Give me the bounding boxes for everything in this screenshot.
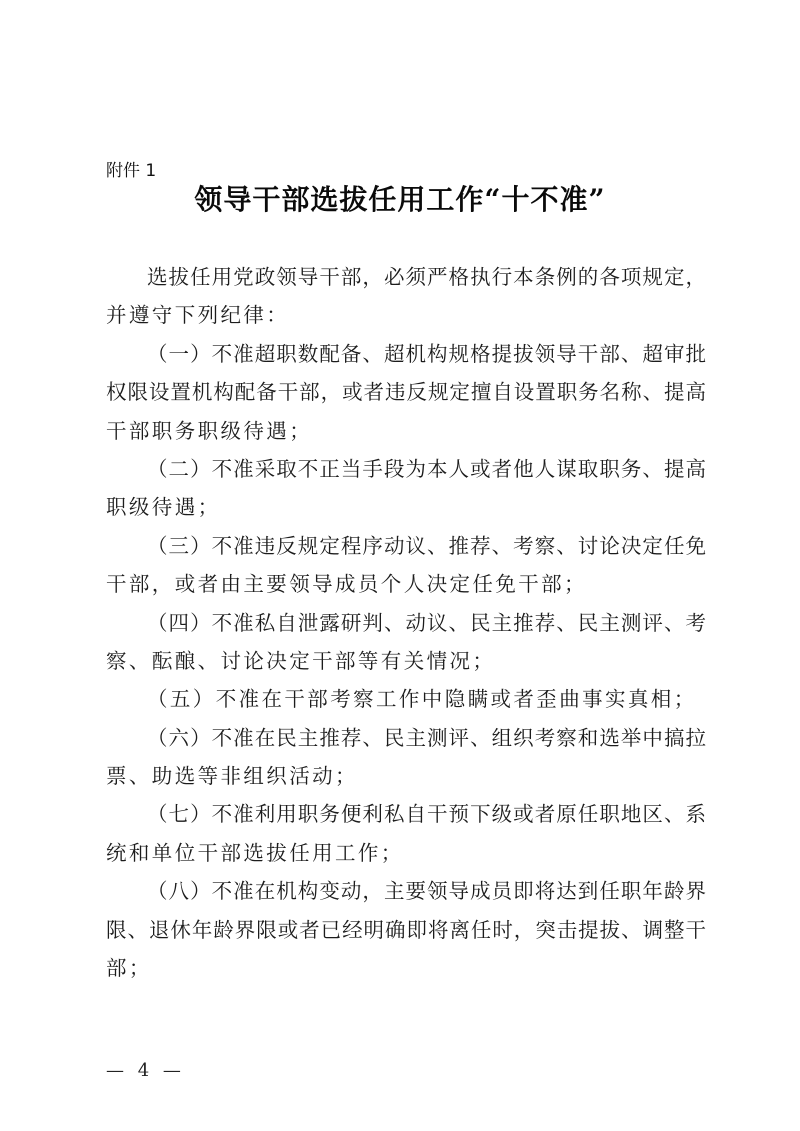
paragraph-line: 权限设置机构配备干部，或者违反规定擅自设置职务名称、提高 <box>106 373 706 411</box>
paragraph-line: 部； <box>106 949 706 987</box>
paragraph-line: （六）不准在民主推荐、民主测评、组织考察和选举中搞拉 <box>106 719 706 757</box>
paragraph-line: 干部职务职级待遇； <box>106 412 706 450</box>
paragraph-line: 察、酝酿、讨论决定干部等有关情况； <box>106 642 706 680</box>
paragraph-line: 限、退休年龄界限或者已经明确即将离任时，突击提拔、调整干 <box>106 911 706 949</box>
paragraph-line: 干部，或者由主要领导成员个人决定任免干部； <box>106 565 706 603</box>
paragraph-line: （二）不准采取不正当手段为本人或者他人谋取职务、提高 <box>106 450 706 488</box>
paragraph-line: 并遵守下列纪律： <box>106 296 706 334</box>
document-body: 选拔任用党政领导干部，必须严格执行本条例的各项规定，并遵守下列纪律：（一）不准超… <box>106 258 706 987</box>
paragraph-line: 票、助选等非组织活动； <box>106 757 706 795</box>
page-number: — 4 — <box>106 1060 185 1081</box>
document-title: 领导干部选拔任用工作“十不准” <box>0 178 800 218</box>
paragraph-line: （四）不准私自泄露研判、动议、民主推荐、民主测评、考 <box>106 604 706 642</box>
paragraph-line: 职级待遇； <box>106 488 706 526</box>
paragraph-line: （七）不准利用职务便利私自干预下级或者原任职地区、系 <box>106 795 706 833</box>
paragraph-line: 选拔任用党政领导干部，必须严格执行本条例的各项规定， <box>106 258 706 296</box>
paragraph-line: （三）不准违反规定程序动议、推荐、考察、讨论决定任免 <box>106 527 706 565</box>
document-page: 附件 1 领导干部选拔任用工作“十不准” 选拔任用党政领导干部，必须严格执行本条… <box>0 0 800 1131</box>
paragraph-line: （一）不准超职数配备、超机构规格提拔领导干部、超审批 <box>106 335 706 373</box>
paragraph-line: （五）不准在干部考察工作中隐瞒或者歪曲事实真相； <box>106 680 706 718</box>
paragraph-line: 统和单位干部选拔任用工作； <box>106 834 706 872</box>
paragraph-line: （八）不准在机构变动，主要领导成员即将达到任职年龄界 <box>106 872 706 910</box>
